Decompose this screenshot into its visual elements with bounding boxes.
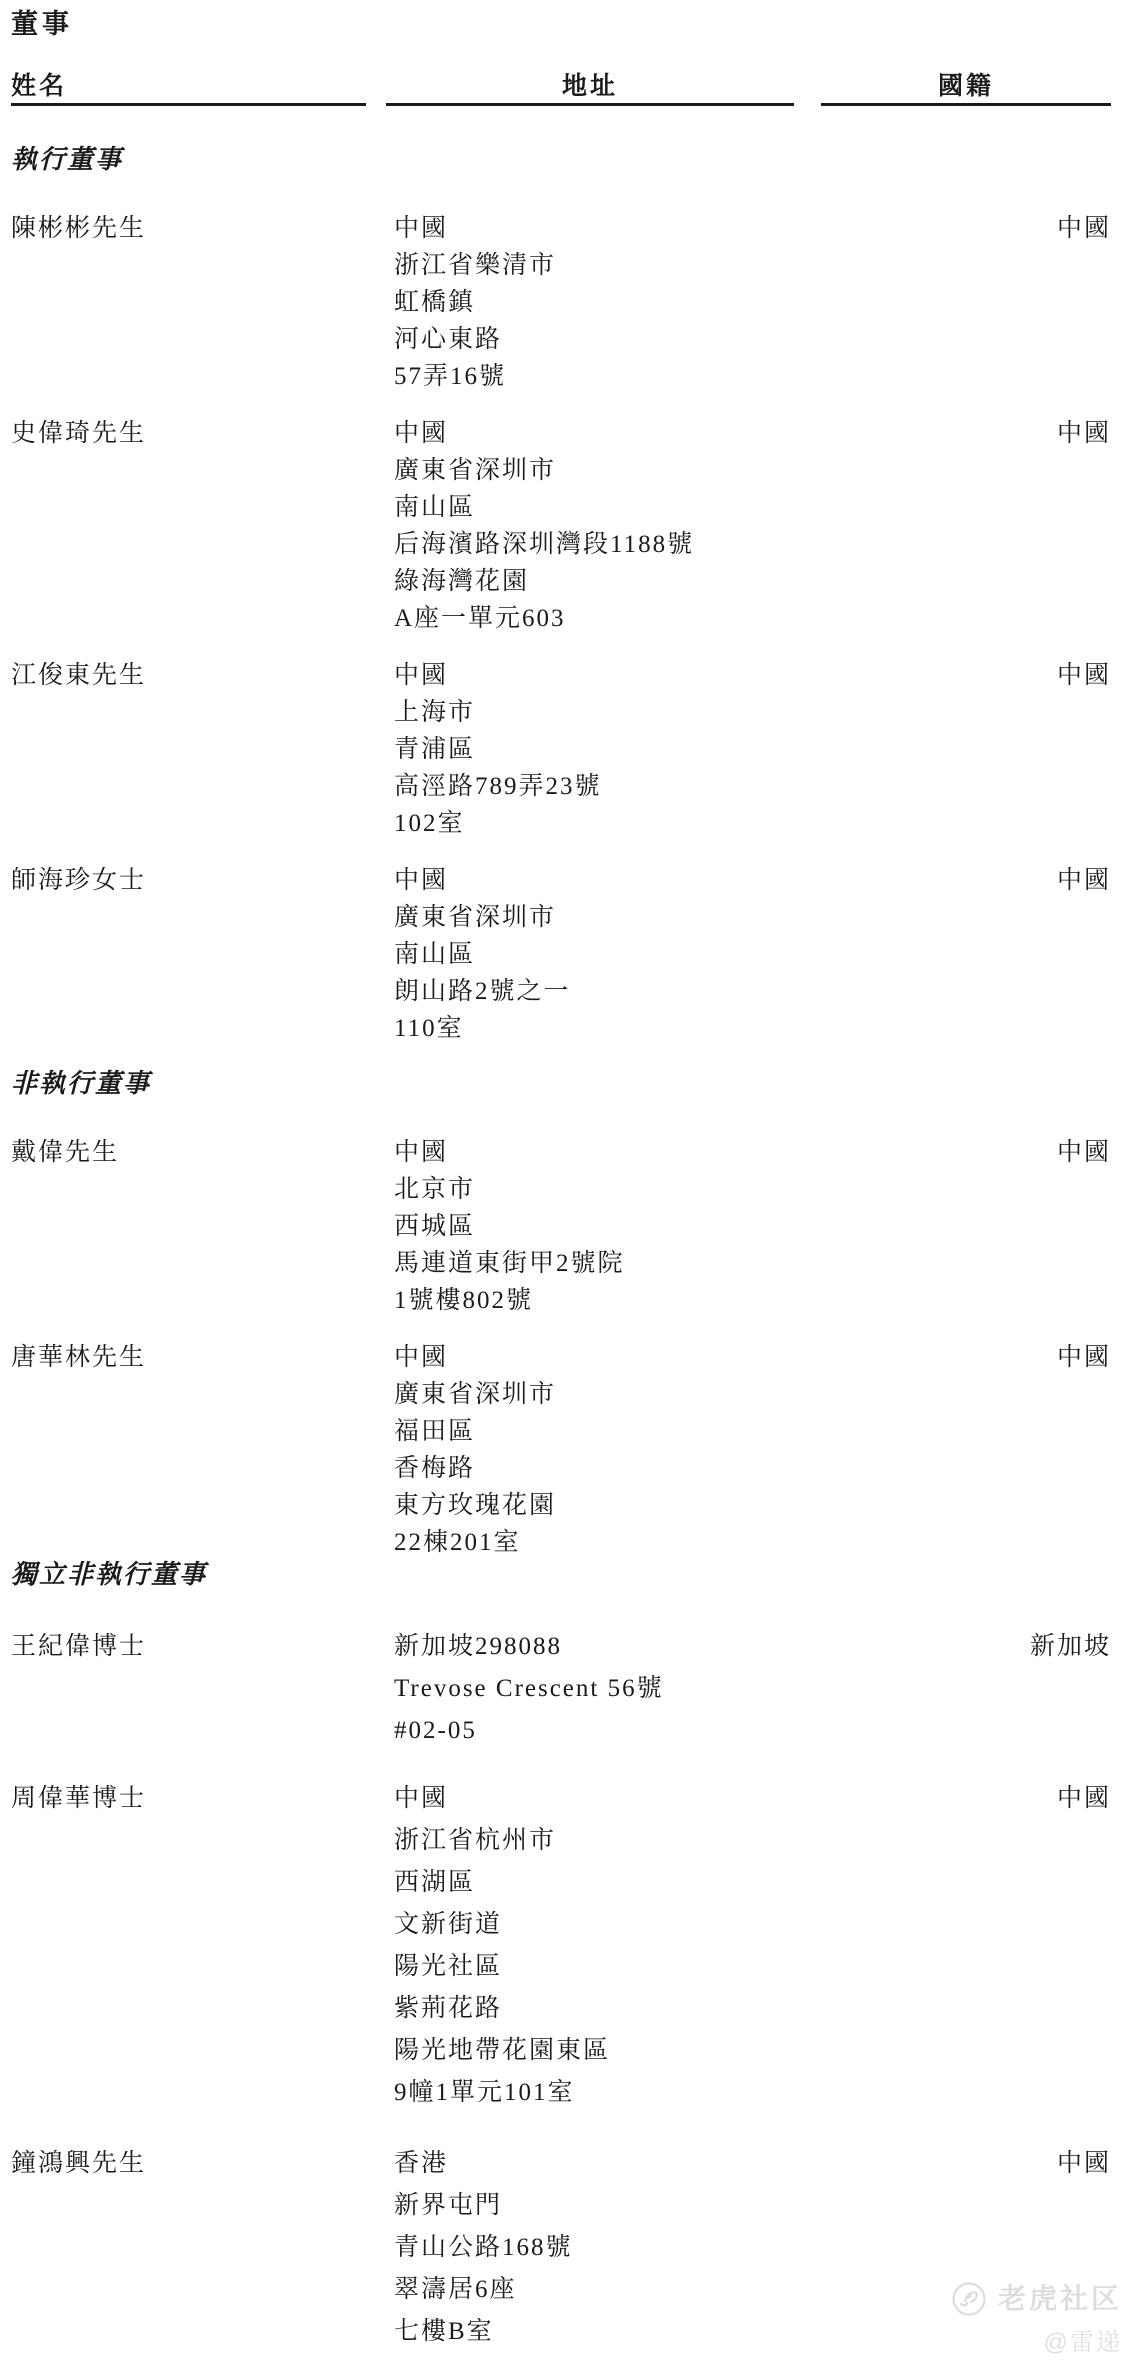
director-name: 江俊東先生	[11, 657, 366, 842]
address-line: 高涇路789弄23號	[394, 768, 794, 805]
director-address: 中國廣東省深圳市福田區香梅路東方玫瑰花園22棟201室	[386, 1339, 794, 1561]
section-rows: 王紀偉博士 新加坡298088Trevose Crescent 56號#02-0…	[11, 1626, 1111, 2353]
director-nationality: 中國	[821, 415, 1111, 637]
director-name: 師海珍女士	[11, 862, 366, 1047]
column-gap	[794, 1778, 821, 2114]
director-name: 鐘鴻興先生	[11, 2143, 366, 2353]
director-row: 戴偉先生 中國北京市西城區馬連道東街甲2號院1號樓802號 中國	[11, 1134, 1111, 1319]
column-gap	[366, 2143, 386, 2353]
director-name: 史偉琦先生	[11, 415, 366, 637]
address-line: 上海市	[394, 694, 794, 731]
address-line: #02-05	[394, 1710, 794, 1752]
director-address: 香港新界屯門青山公路168號翠濤居6座七樓B室	[386, 2143, 794, 2353]
address-line: 9幢1單元101室	[394, 2072, 794, 2114]
address-line: 中國	[394, 1339, 794, 1376]
address-line: 57弄16號	[394, 358, 794, 395]
address-line: 新加坡298088	[394, 1626, 794, 1668]
director-row: 師海珍女士 中國廣東省深圳市南山區朗山路2號之一110室 中國	[11, 862, 1111, 1047]
address-line: 廣東省深圳市	[394, 1376, 794, 1413]
address-line: 香梅路	[394, 1450, 794, 1487]
section-rows: 戴偉先生 中國北京市西城區馬連道東街甲2號院1號樓802號 中國 唐華林先生 中…	[11, 1134, 1111, 1561]
address-line: 文新街道	[394, 1904, 794, 1946]
address-line: 浙江省杭州市	[394, 1820, 794, 1862]
address-line: 110室	[394, 1010, 794, 1047]
director-row: 王紀偉博士 新加坡298088Trevose Crescent 56號#02-0…	[11, 1626, 1111, 1752]
director-section: 非執行董事 戴偉先生 中國北京市西城區馬連道東街甲2號院1號樓802號 中國 唐…	[11, 1070, 1111, 1561]
address-line: 陽光社區	[394, 1946, 794, 1988]
address-line: 紫荊花路	[394, 1988, 794, 2030]
director-nationality: 中國	[821, 657, 1111, 842]
section-rows: 陳彬彬先生 中國浙江省樂清市虹橋鎮河心東路57弄16號 中國 史偉琦先生 中國廣…	[11, 210, 1111, 1047]
address-line: 中國	[394, 210, 794, 247]
director-name: 周偉華博士	[11, 1778, 366, 2114]
address-line: 南山區	[394, 489, 794, 526]
director-row: 史偉琦先生 中國廣東省深圳市南山區后海濱路深圳灣段1188號綠海灣花園A座一單元…	[11, 415, 1111, 637]
address-line: 中國	[394, 1134, 794, 1171]
address-line: 22棟201室	[394, 1524, 794, 1561]
director-nationality: 中國	[821, 1339, 1111, 1561]
table-header: 姓名 地址 國籍	[11, 74, 1111, 106]
column-gap	[366, 74, 386, 106]
column-gap	[366, 1134, 386, 1319]
column-gap	[794, 862, 821, 1047]
watermark: 老虎社区 @雷递	[951, 2281, 1122, 2357]
address-line: 翠濤居6座	[394, 2269, 794, 2311]
column-gap	[794, 2143, 821, 2353]
address-line: 廣東省深圳市	[394, 452, 794, 489]
address-line: 西湖區	[394, 1862, 794, 1904]
director-section: 執行董事 陳彬彬先生 中國浙江省樂清市虹橋鎮河心東路57弄16號 中國 史偉琦先…	[11, 146, 1111, 1047]
address-line: 新界屯門	[394, 2185, 794, 2227]
director-address: 中國廣東省深圳市南山區后海濱路深圳灣段1188號綠海灣花園A座一單元603	[386, 415, 794, 637]
address-line: 西城區	[394, 1208, 794, 1245]
director-address: 中國上海市青浦區高涇路789弄23號102室	[386, 657, 794, 842]
director-nationality: 中國	[821, 1134, 1111, 1319]
column-gap	[794, 1626, 821, 1752]
director-sections: 執行董事 陳彬彬先生 中國浙江省樂清市虹橋鎮河心東路57弄16號 中國 史偉琦先…	[11, 146, 1111, 2353]
address-line: 福田區	[394, 1413, 794, 1450]
address-line: 青浦區	[394, 731, 794, 768]
director-name: 王紀偉博士	[11, 1626, 366, 1752]
column-gap	[366, 1778, 386, 2114]
address-line: 中國	[394, 862, 794, 899]
director-name: 戴偉先生	[11, 1134, 366, 1319]
column-gap	[794, 1134, 821, 1319]
tiger-icon	[951, 2281, 987, 2317]
address-line: Trevose Crescent 56號	[394, 1668, 794, 1710]
director-nationality: 中國	[821, 1778, 1111, 2114]
column-gap	[366, 415, 386, 637]
page-title: 董事	[11, 8, 1111, 40]
address-line: 東方玫瑰花園	[394, 1487, 794, 1524]
address-line: 南山區	[394, 936, 794, 973]
address-line: 廣東省深圳市	[394, 899, 794, 936]
director-address: 中國浙江省杭州市西湖區文新街道陽光社區紫荊花路陽光地帶花園東區9幢1單元101室	[386, 1778, 794, 2114]
director-row: 唐華林先生 中國廣東省深圳市福田區香梅路東方玫瑰花園22棟201室 中國	[11, 1339, 1111, 1561]
director-row: 江俊東先生 中國上海市青浦區高涇路789弄23號102室 中國	[11, 657, 1111, 842]
director-nationality: 新加坡	[821, 1626, 1111, 1752]
address-line: 1號樓802號	[394, 1282, 794, 1319]
address-line: A座一單元603	[394, 600, 794, 637]
director-name: 唐華林先生	[11, 1339, 366, 1561]
address-line: 中國	[394, 415, 794, 452]
director-row: 鐘鴻興先生 香港新界屯門青山公路168號翠濤居6座七樓B室 中國	[11, 2143, 1111, 2353]
column-gap	[366, 1339, 386, 1561]
director-row: 陳彬彬先生 中國浙江省樂清市虹橋鎮河心東路57弄16號 中國	[11, 210, 1111, 395]
address-line: 北京市	[394, 1171, 794, 1208]
section-heading: 非執行董事	[11, 1070, 1111, 1097]
section-heading: 執行董事	[11, 146, 1111, 173]
address-line: 后海濱路深圳灣段1188號	[394, 526, 794, 563]
director-address: 中國廣東省深圳市南山區朗山路2號之一110室	[386, 862, 794, 1047]
column-gap	[366, 657, 386, 842]
director-address: 中國浙江省樂清市虹橋鎮河心東路57弄16號	[386, 210, 794, 395]
column-gap	[794, 74, 821, 106]
watermark-row: 老虎社区	[951, 2281, 1122, 2317]
director-address: 中國北京市西城區馬連道東街甲2號院1號樓802號	[386, 1134, 794, 1319]
address-line: 浙江省樂清市	[394, 247, 794, 284]
address-line: 馬連道東街甲2號院	[394, 1245, 794, 1282]
column-header-name: 姓名	[11, 74, 366, 106]
address-line: 綠海灣花園	[394, 563, 794, 600]
column-gap	[794, 415, 821, 637]
document-page: 董事 姓名 地址 國籍 執行董事 陳彬彬先生 中國浙江省樂清市虹橋鎮河心東路57…	[0, 0, 1142, 2368]
column-gap	[366, 862, 386, 1047]
address-line: 陽光地帶花園東區	[394, 2030, 794, 2072]
address-line: 七樓B室	[394, 2311, 794, 2353]
address-line: 中國	[394, 1778, 794, 1820]
address-line: 102室	[394, 805, 794, 842]
column-gap	[794, 657, 821, 842]
director-section: 獨立非執行董事 王紀偉博士 新加坡298088Trevose Crescent …	[11, 1561, 1111, 2353]
address-line: 虹橋鎮	[394, 284, 794, 321]
column-header-address: 地址	[386, 74, 794, 106]
address-line: 河心東路	[394, 321, 794, 358]
column-gap	[366, 1626, 386, 1752]
director-nationality: 中國	[821, 862, 1111, 1047]
address-line: 朗山路2號之一	[394, 973, 794, 1010]
director-row: 周偉華博士 中國浙江省杭州市西湖區文新街道陽光社區紫荊花路陽光地帶花園東區9幢1…	[11, 1778, 1111, 2114]
watermark-handle: @雷递	[951, 2322, 1122, 2357]
column-gap	[366, 210, 386, 395]
column-gap	[794, 210, 821, 395]
director-nationality: 中國	[821, 210, 1111, 395]
document-content: 董事 姓名 地址 國籍 執行董事 陳彬彬先生 中國浙江省樂清市虹橋鎮河心東路57…	[11, 8, 1111, 2353]
column-header-nationality: 國籍	[821, 74, 1111, 106]
address-line: 中國	[394, 657, 794, 694]
director-name: 陳彬彬先生	[11, 210, 366, 395]
address-line: 香港	[394, 2143, 794, 2185]
director-address: 新加坡298088Trevose Crescent 56號#02-05	[386, 1626, 794, 1752]
column-gap	[794, 1339, 821, 1561]
section-heading: 獨立非執行董事	[11, 1561, 1111, 1588]
watermark-brand: 老虎社区	[998, 2283, 1122, 2315]
address-line: 青山公路168號	[394, 2227, 794, 2269]
